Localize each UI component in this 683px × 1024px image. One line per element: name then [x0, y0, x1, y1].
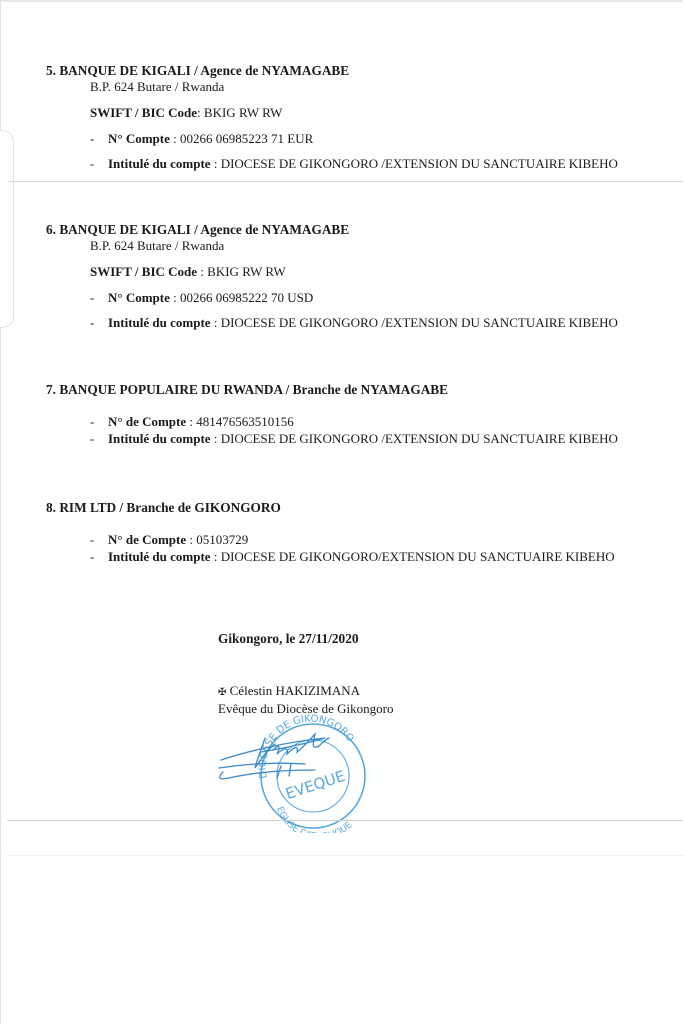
bank-section-8: 8. RIM LTD / Branche de GIKONGORO - N° d…: [46, 500, 646, 564]
bank-title: 8. RIM LTD / Branche de GIKONGORO: [46, 500, 646, 516]
swift-code: SWIFT / BIC Code : BKIG RW RW: [90, 264, 646, 280]
svg-text:EVEQUE: EVEQUE: [283, 767, 347, 803]
bank-section-6: 6. BANQUE DE KIGALI / Agence de NYAMAGAB…: [46, 222, 646, 330]
official-stamp-icon: DIOCESE DE GIKONGORO EGLISE CATHOLIQUE E…: [215, 708, 375, 833]
bank-title: 7. BANQUE POPULAIRE DU RWANDA / Branche …: [46, 382, 646, 398]
account-number: - N° Compte : 00266 06985222 70 USD: [46, 290, 646, 305]
top-border: [0, 0, 683, 2]
side-scroll-handle[interactable]: [0, 130, 14, 328]
fold-line: [9, 181, 683, 182]
swift-code: SWIFT / BIC Code: BKIG RW RW: [90, 105, 646, 121]
bank-title: 5. BANQUE DE KIGALI / Agence de NYAMAGAB…: [46, 63, 646, 79]
account-name: - Intitulé du compte : DIOCESE DE GIKONG…: [46, 431, 628, 446]
account-number: - N° de Compte : 481476563510156: [46, 414, 646, 429]
bank-section-7: 7. BANQUE POPULAIRE DU RWANDA / Branche …: [46, 382, 646, 446]
fold-line: [7, 820, 683, 821]
account-number: - N° Compte : 00266 06985223 71 EUR: [46, 131, 646, 146]
cross-icon: ✠: [218, 687, 226, 698]
bank-section-5: 5. BANQUE DE KIGALI / Agence de NYAMAGAB…: [46, 63, 646, 171]
account-name: - Intitulé du compte : DIOCESE DE GIKONG…: [46, 156, 628, 171]
bank-title: 6. BANQUE DE KIGALI / Agence de NYAMAGAB…: [46, 222, 646, 238]
account-name: - Intitulé du compte : DIOCESE DE GIKONG…: [46, 315, 628, 330]
signature-date: Gikongoro, le 27/11/2020: [218, 631, 359, 647]
fold-line: [7, 855, 683, 856]
account-name: - Intitulé du compte : DIOCESE DE GIKONG…: [46, 549, 628, 564]
signatory-name: ✠ Célestin HAKIZIMANA: [218, 683, 393, 701]
account-number: - N° de Compte : 05103729: [46, 532, 646, 547]
bank-address: B.P. 624 Butare / Rwanda: [90, 238, 646, 254]
bank-address: B.P. 624 Butare / Rwanda: [90, 79, 646, 95]
